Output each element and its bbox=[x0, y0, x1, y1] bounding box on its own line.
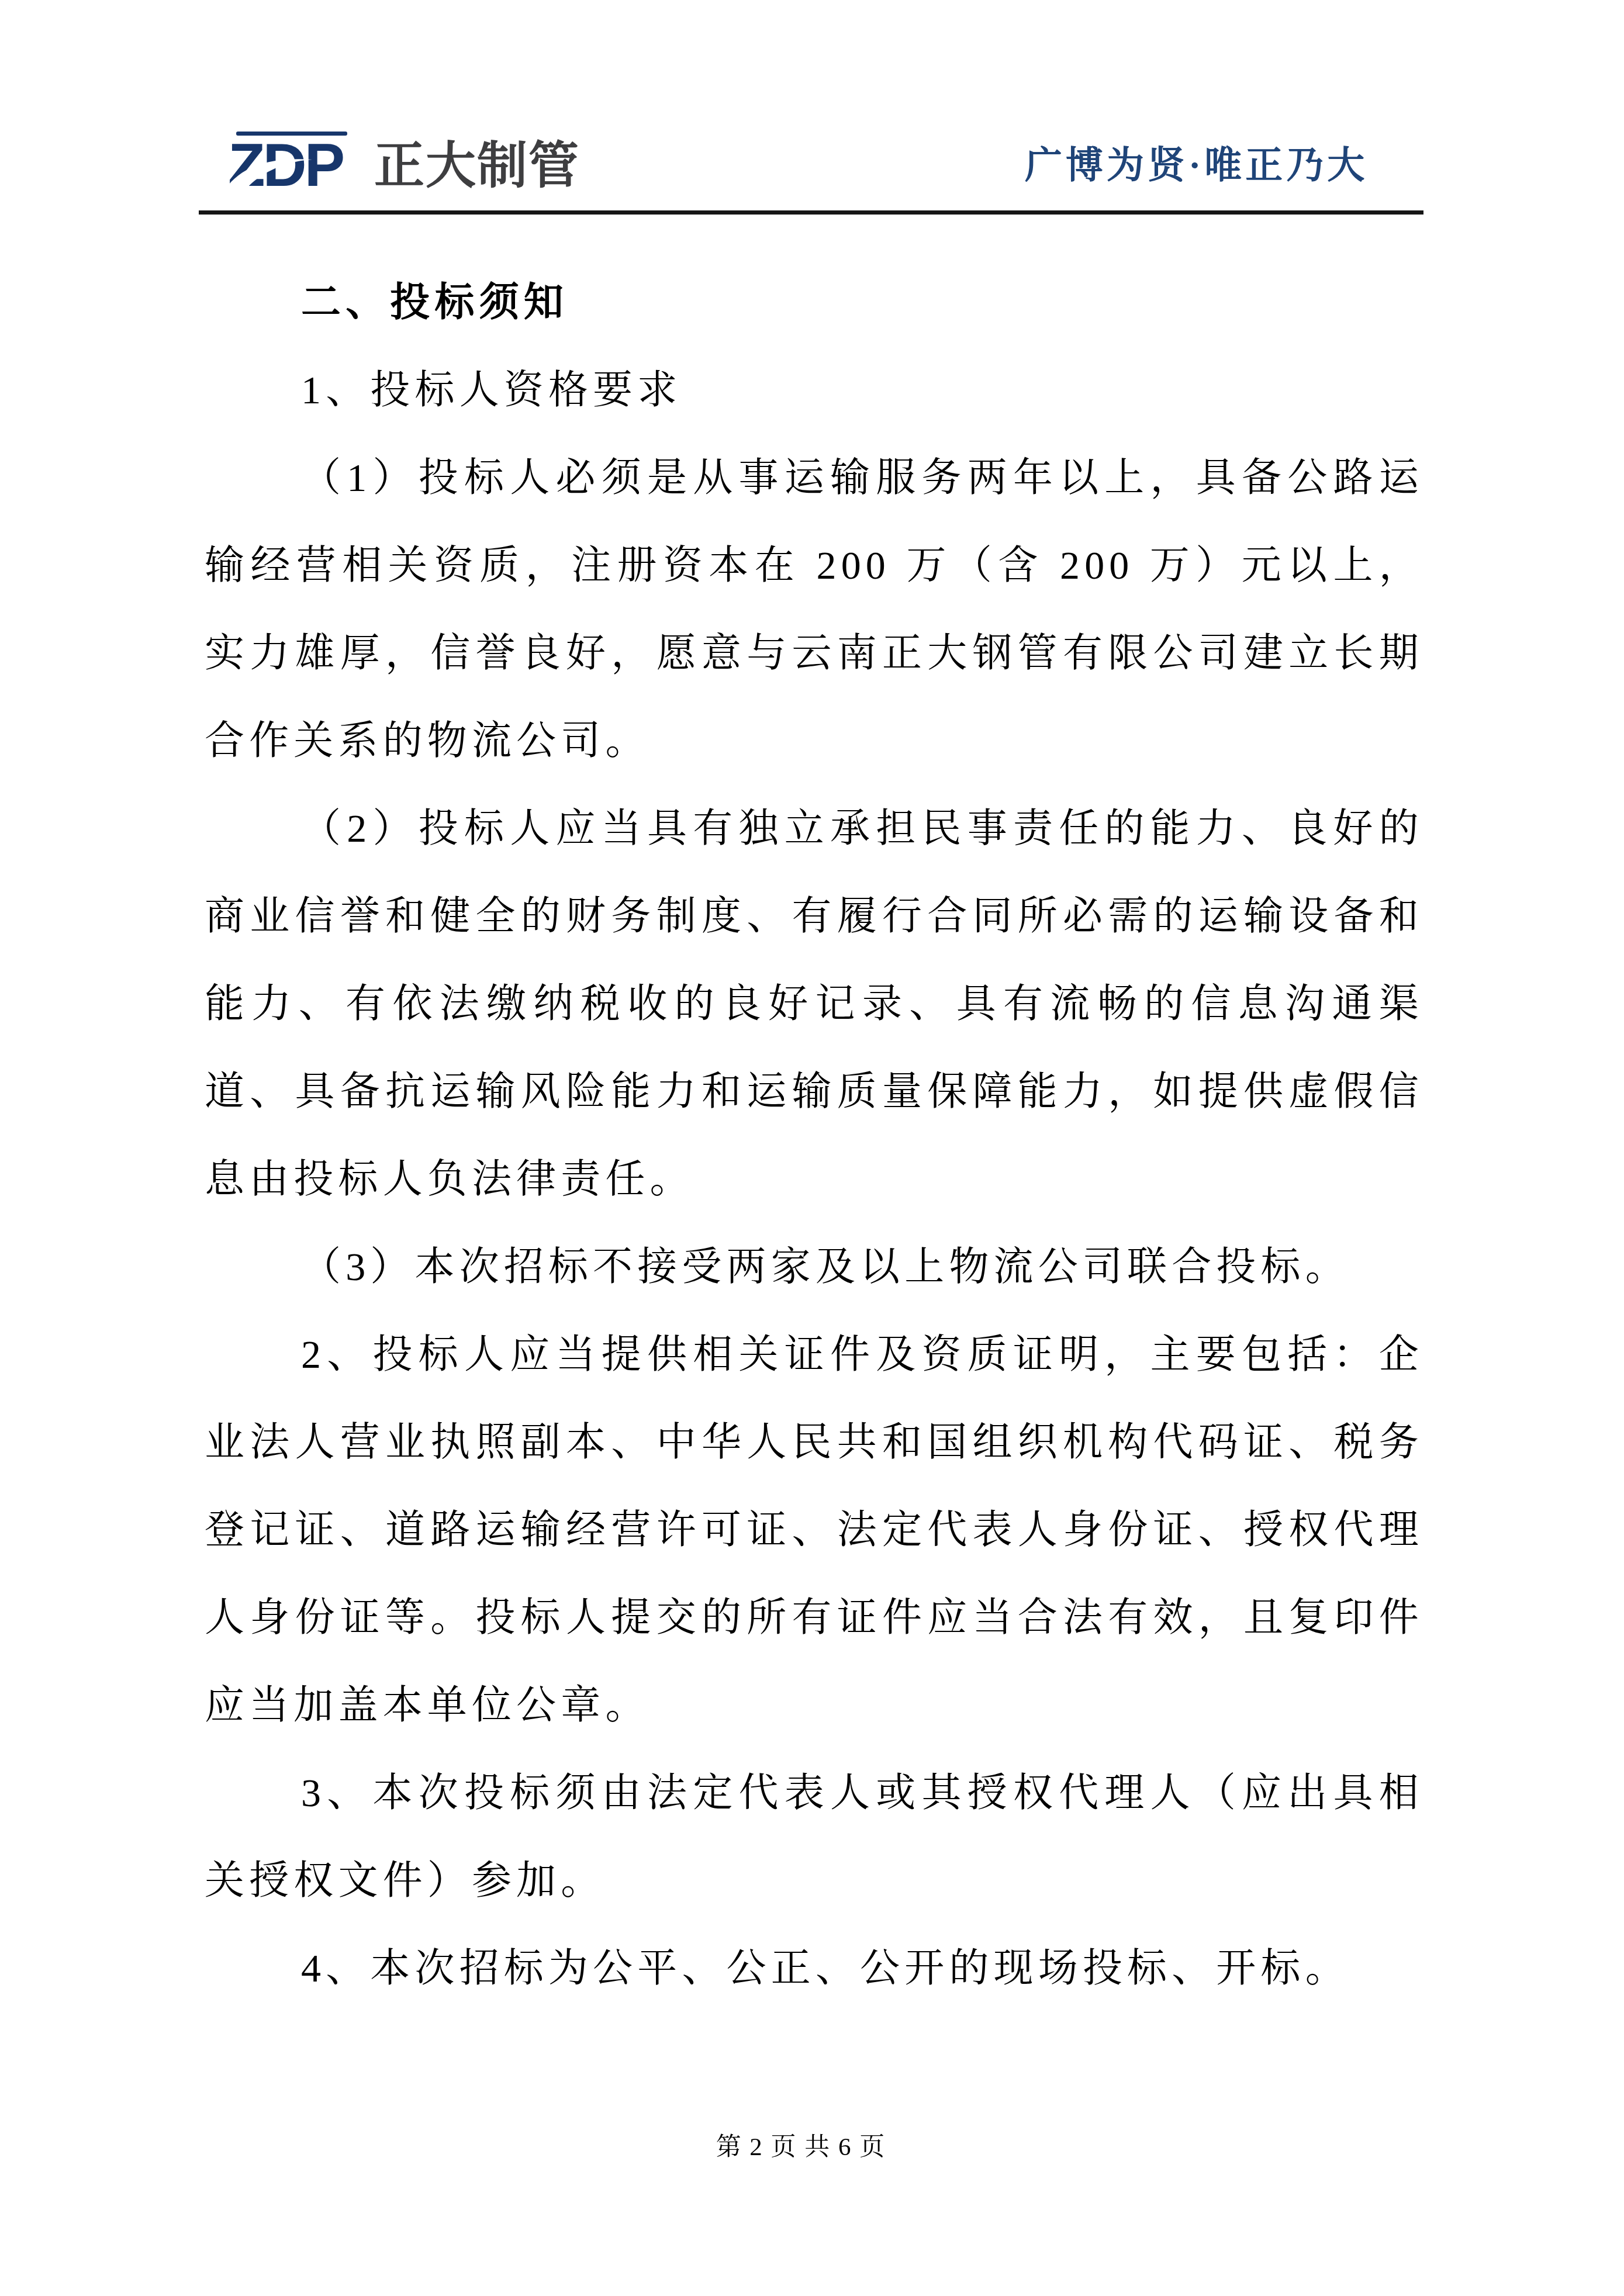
paragraph: 1、投标人资格要求 bbox=[205, 346, 1423, 434]
paragraph: 二、投标须知 bbox=[205, 258, 1423, 346]
header-divider bbox=[199, 210, 1423, 215]
logo-zdp-text: ZDP bbox=[228, 139, 343, 192]
paragraph: 2、投标人应当提供相关证件及资质证明，主要包括：企业法人营业执照副本、中华人民共… bbox=[205, 1310, 1423, 1749]
paragraph: （2）投标人应当具有独立承担民事责任的能力、良好的商业信誉和健全的财务制度、有履… bbox=[205, 784, 1423, 1223]
page-number: 第 2 页 共 6 页 bbox=[716, 2134, 886, 2161]
logo-company-name: 正大制管 bbox=[374, 140, 580, 192]
paragraph: （1）投标人必须是从事运输服务两年以上，具备公路运输经营相关资质，注册资本在 2… bbox=[205, 434, 1423, 784]
document-page: ZDP 正大制管 广博为贤·唯正乃大 二、投标须知1、投标人资格要求（1）投标人… bbox=[0, 0, 1624, 2296]
header-slogan: 广博为贤·唯正乃大 bbox=[1025, 142, 1368, 189]
paragraph: 3、本次投标须由法定代表人或其授权代理人（应出具相关授权文件）参加。 bbox=[205, 1749, 1423, 1924]
document-body: 二、投标须知1、投标人资格要求（1）投标人必须是从事运输服务两年以上，具备公路运… bbox=[205, 258, 1423, 2012]
paragraph: 4、本次招标为公平、公正、公开的现场投标、开标。 bbox=[205, 1924, 1423, 2012]
page-footer: 第 2 页 共 6 页 bbox=[0, 2132, 1602, 2163]
paragraph: （3）本次招标不接受两家及以上物流公司联合投标。 bbox=[205, 1223, 1423, 1310]
